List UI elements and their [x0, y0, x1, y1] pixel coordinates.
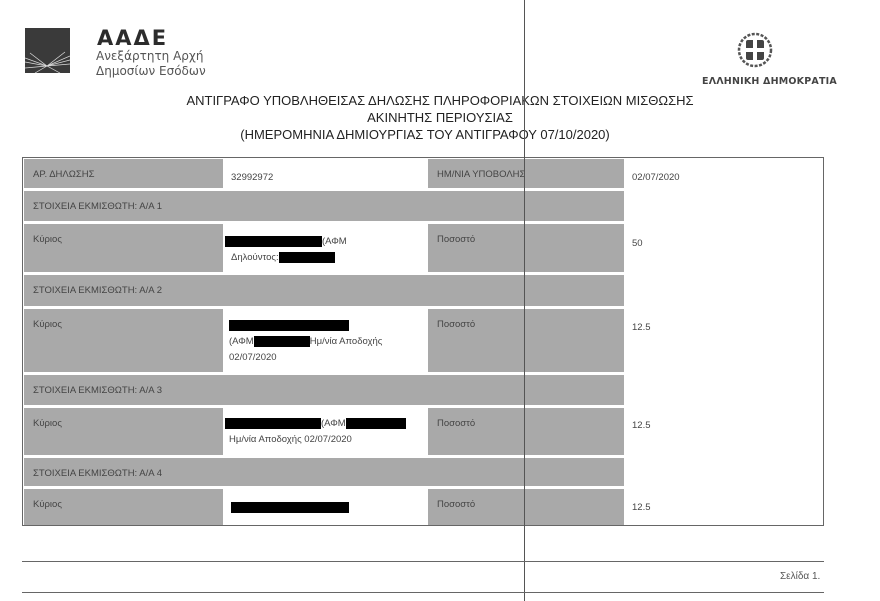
- declaration-number-value: 32992972: [231, 170, 273, 186]
- lessor-1-section: ΣΤΟΙΧΕΙΑ ΕΚΜΙΣΘΩΤΗ: Α/Α 1: [24, 191, 624, 221]
- page-number: Σελίδα 1.: [780, 571, 820, 582]
- lessor-3-percent-label: Ποσοστό: [428, 408, 624, 455]
- lessor-2-details: (ΑΦΜΗμ/νία Αποδοχής 02/07/2020: [229, 318, 382, 366]
- lessor-2-percent-label: Ποσοστό: [428, 309, 624, 372]
- lessor-3-details: (ΑΦΜ Ημ/νία Αποδοχής 02/07/2020: [225, 416, 406, 448]
- lessor-4-percent-label: Ποσοστό: [428, 489, 624, 525]
- lessor-2-type: Κύριος: [24, 309, 223, 372]
- republic-label: ΕΛΛΗΝΙΚΗ ΔΗΜΟΚΡΑΤΙΑ: [702, 76, 837, 87]
- org-subtitle-line2: Δημοσίων Εσόδων: [96, 64, 206, 79]
- lessor-3-section: ΣΤΟΙΧΕΙΑ ΕΚΜΙΣΘΩΤΗ: Α/Α 3: [24, 375, 624, 405]
- lessor-1-percent-value: 50: [632, 236, 643, 252]
- org-subtitle-line1: Ανεξάρτητη Αρχή: [96, 49, 206, 64]
- redacted-tax-id: [279, 252, 335, 263]
- lessor-4-percent-value: 12.5: [632, 500, 651, 516]
- greek-emblem-icon: [737, 31, 773, 69]
- lessor-4-details: [231, 500, 349, 516]
- redacted-name: [225, 418, 321, 429]
- lessor-1-type: Κύριος: [24, 224, 223, 272]
- lessor-4-type: Κύριος: [24, 489, 223, 525]
- lessor-1-percent-label: Ποσοστό: [428, 224, 624, 272]
- lessor-4-section: ΣΤΟΙΧΕΙΑ ΕΚΜΙΣΘΩΤΗ: Α/Α 4: [24, 458, 624, 486]
- document-subtitle: ΑΚΙΝΗΤΗΣ ΠΕΡΙΟΥΣΙΑΣ: [0, 110, 880, 125]
- org-name: ΑΑΔΕ: [97, 26, 168, 50]
- lessor-2-section: ΣΤΟΙΧΕΙΑ ΕΚΜΙΣΘΩΤΗ: Α/Α 2: [24, 275, 624, 306]
- redacted-name: [225, 236, 322, 247]
- lessor-3-percent-value: 12.5: [632, 418, 651, 434]
- submission-date-value: 02/07/2020: [632, 170, 680, 186]
- redacted-name: [229, 320, 349, 331]
- declaration-table: ΑΡ. ΔΗΛΩΣΗΣ 32992972 ΗΜ/ΝΙΑ ΥΠΟΒΟΛΗΣ 02/…: [22, 157, 824, 526]
- aade-logo-icon: [25, 28, 70, 73]
- redacted-tax-id: [346, 418, 406, 429]
- copy-date: (ΗΜΕΡΟΜΗΝΙΑ ΔΗΜΙΟΥΡΓΙΑΣ ΤΟΥ ΑΝΤΙΓΡΑΦΟΥ 0…: [0, 127, 865, 142]
- footer-top-rule: [22, 561, 824, 562]
- redacted-name: [231, 502, 349, 513]
- lessor-2-percent-value: 12.5: [632, 320, 651, 336]
- lessor-1-details: (ΑΦΜ Δηλούντος:: [225, 234, 347, 266]
- lessor-3-type: Κύριος: [24, 408, 223, 455]
- submission-date-label: ΗΜ/ΝΙΑ ΥΠΟΒΟΛΗΣ: [428, 159, 624, 188]
- document-title: ΑΝΤΙΓΡΑΦΟ ΥΠΟΒΛΗΘΕΙΣΑΣ ΔΗΛΩΣΗΣ ΠΛΗΡΟΦΟΡΙ…: [0, 93, 880, 108]
- org-subtitle: Ανεξάρτητη Αρχή Δημοσίων Εσόδων: [96, 49, 206, 79]
- redacted-tax-id: [254, 336, 310, 347]
- declaration-number-label: ΑΡ. ΔΗΛΩΣΗΣ: [24, 159, 223, 188]
- fold-line: [524, 0, 525, 601]
- footer-bottom-rule: [22, 592, 824, 593]
